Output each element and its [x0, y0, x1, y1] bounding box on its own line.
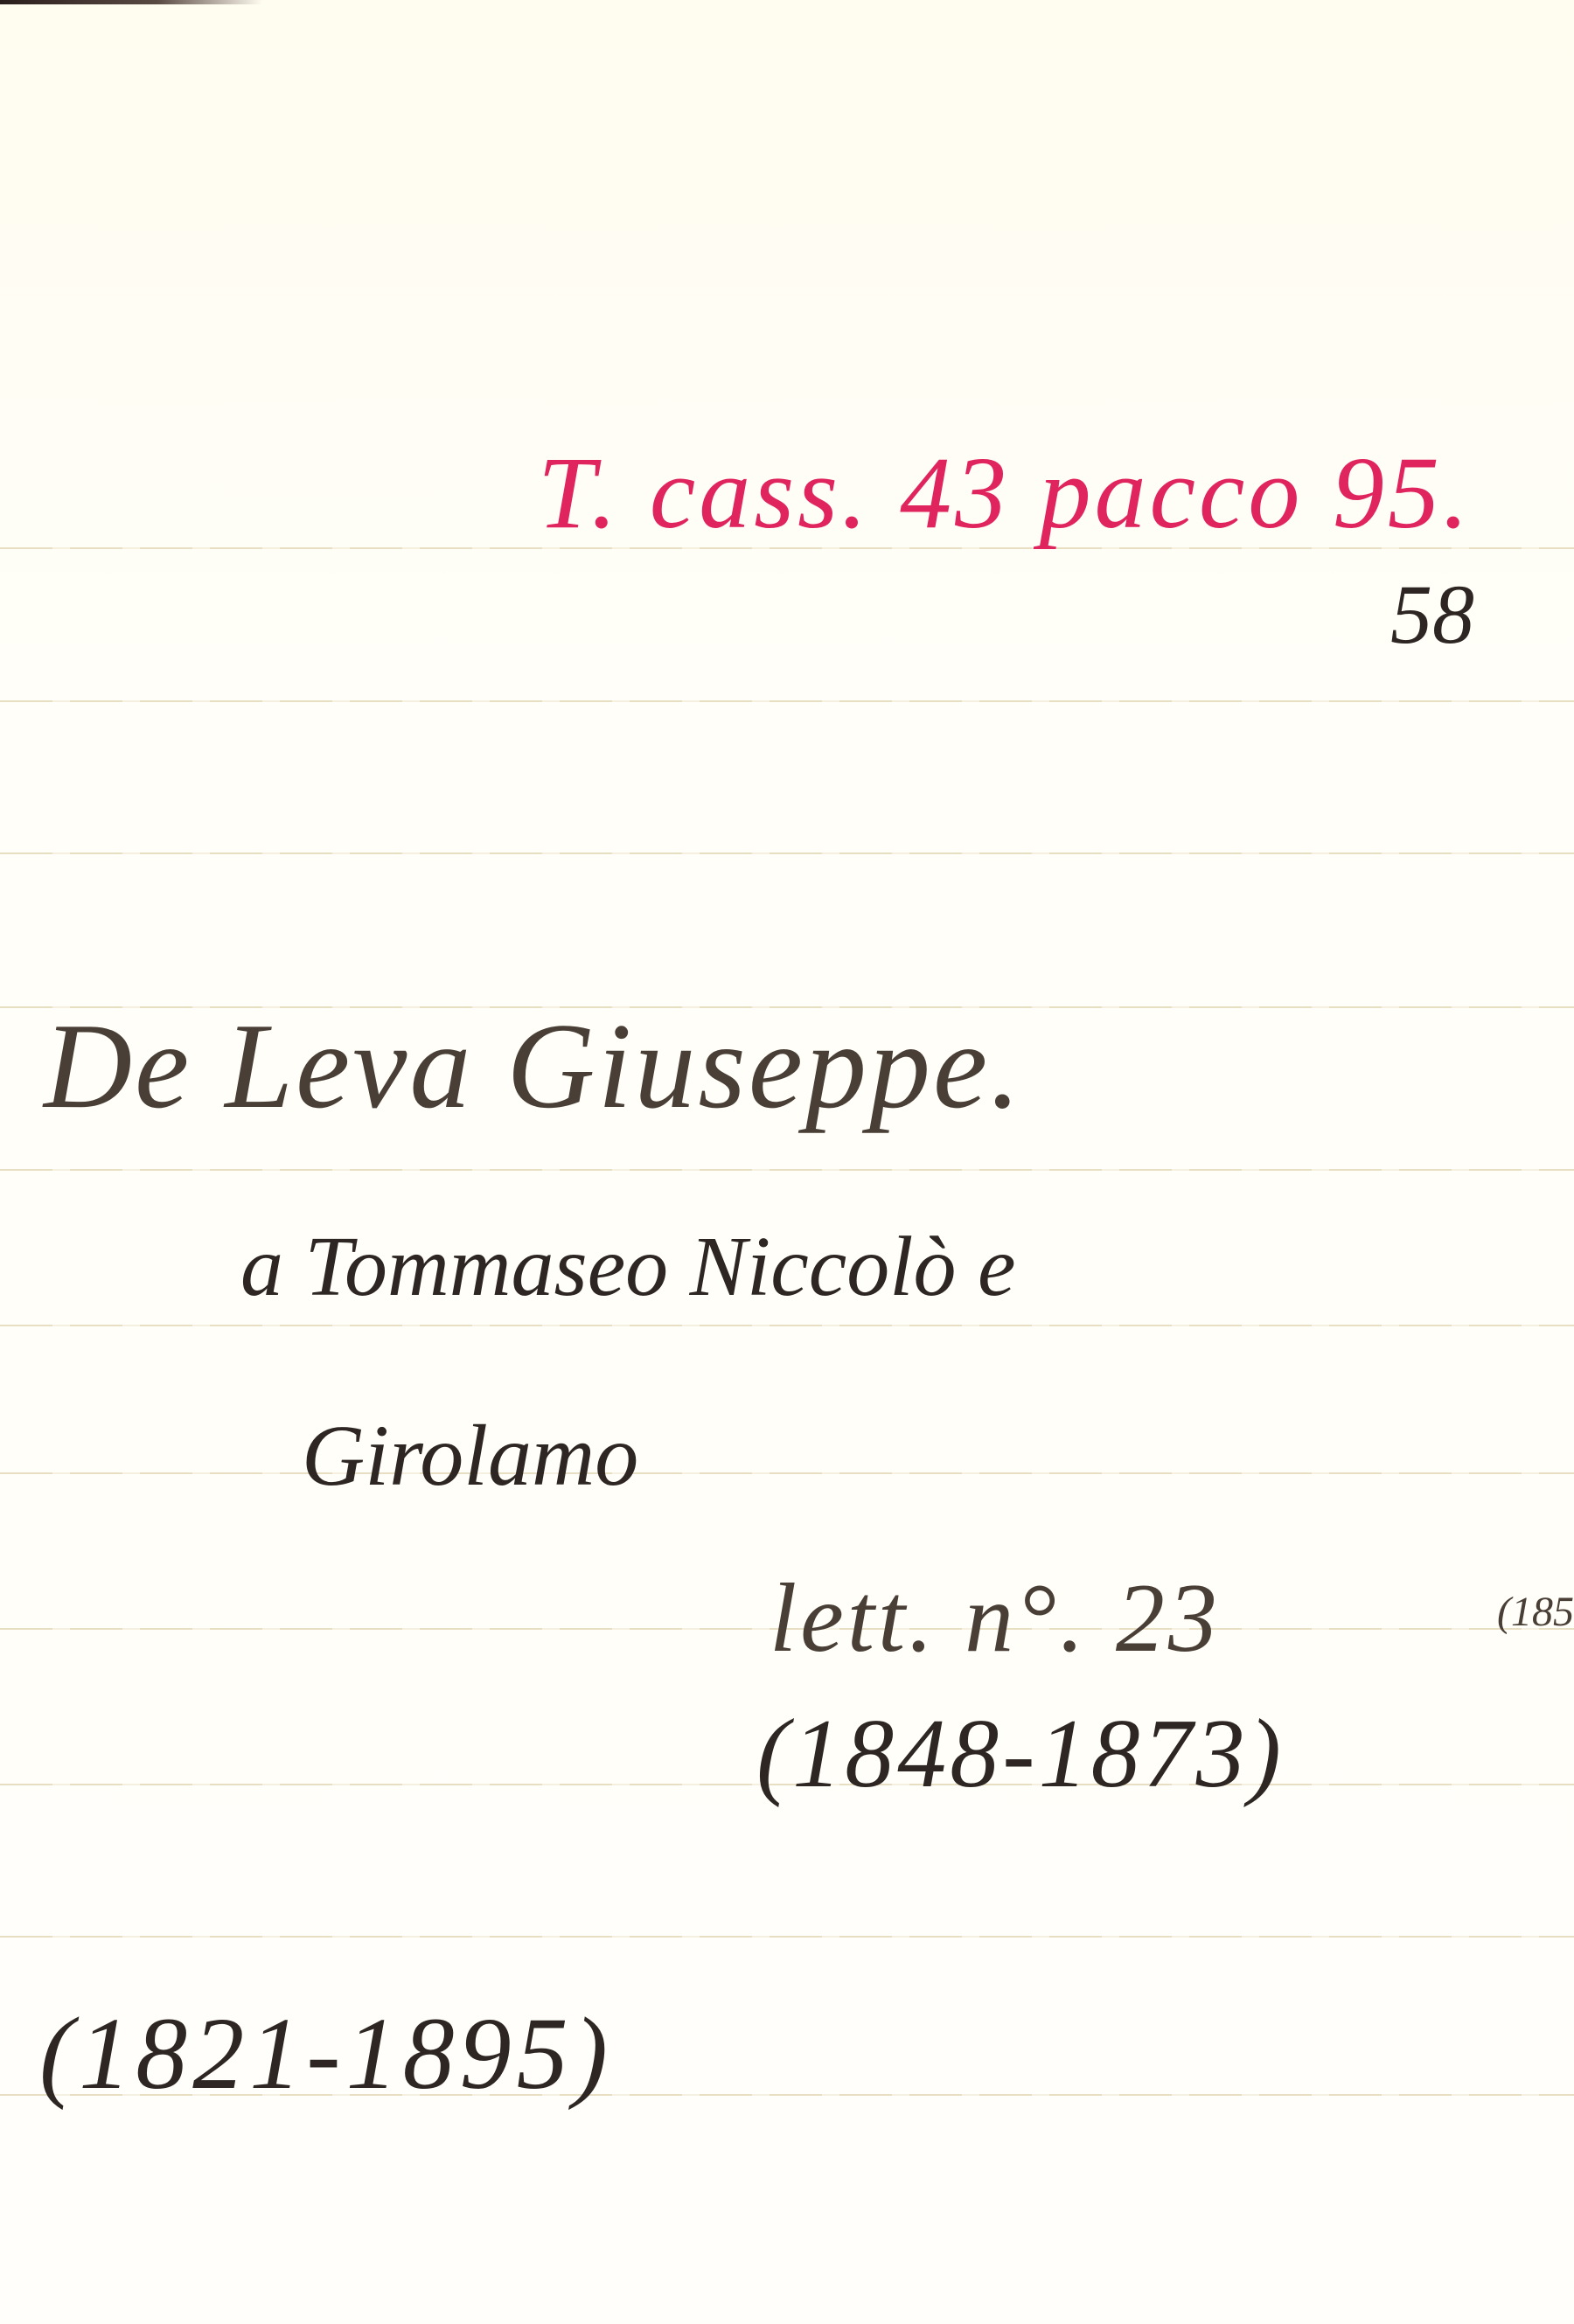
ruled-line: [0, 1169, 1574, 1171]
letters-count: lett. n°. 23: [770, 1569, 1221, 1667]
correspondence-date-range: (1848-1873): [756, 1705, 1285, 1803]
ruled-line: [0, 700, 1574, 702]
card-top-edge-shadow: [0, 0, 262, 4]
letters-note: (1858): [1497, 1591, 1574, 1633]
ruled-line: [0, 1472, 1574, 1474]
index-card: T. cass. 43 pacco 95. 58 De Leva Giusepp…: [0, 0, 1574, 2324]
recipient-line-2: Girolamo: [302, 1412, 638, 1499]
sub-number: 58: [1390, 573, 1474, 657]
ruled-line: [0, 1325, 1574, 1326]
correspondent-name: De Leva Giuseppe.: [44, 1005, 1023, 1128]
lifespan-dates: (1821-1895): [39, 2002, 613, 2105]
ruled-line: [0, 852, 1574, 854]
ruled-line: [0, 1936, 1574, 1938]
shelfmark: T. cass. 43 pacco 95.: [538, 442, 1472, 545]
recipient-line-1: a Tommaseo Niccolò e: [240, 1224, 1016, 1310]
